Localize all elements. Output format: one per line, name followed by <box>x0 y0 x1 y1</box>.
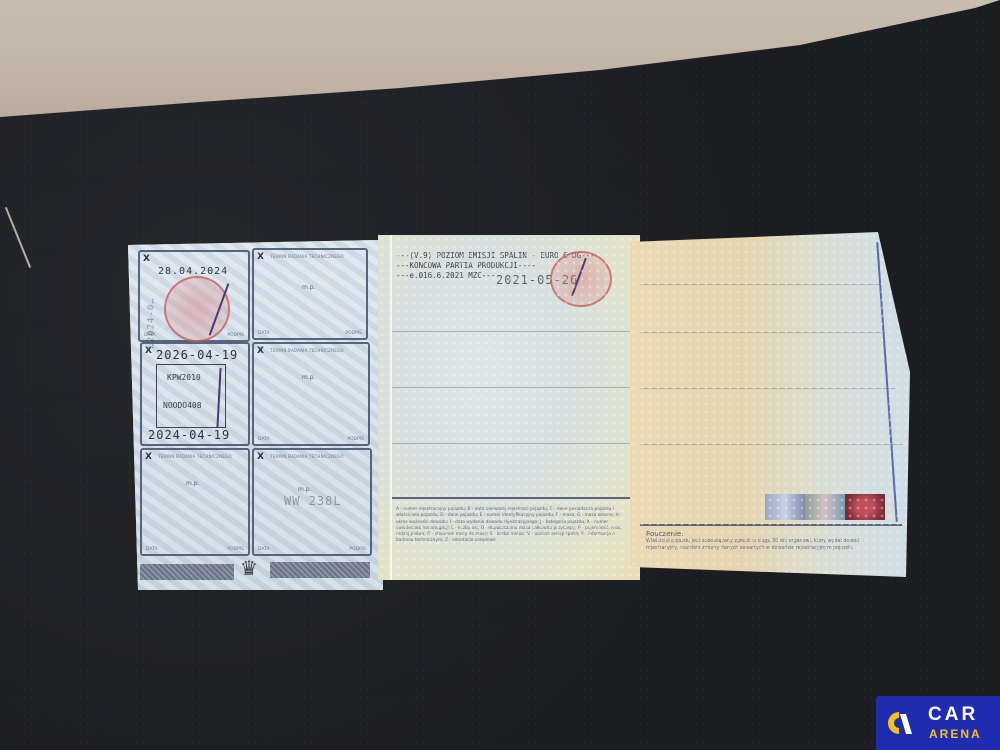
x-marker: X <box>257 452 264 462</box>
signature <box>571 258 587 296</box>
ruled-line <box>392 387 637 388</box>
station-id: NOODO408 <box>163 401 202 410</box>
ruled-line <box>640 284 880 285</box>
ruled-line <box>640 444 902 445</box>
footer-label: PODPIS <box>347 437 364 442</box>
fold-line <box>390 235 392 580</box>
x-marker: X <box>145 346 152 356</box>
mp-label: m.p. <box>302 284 315 291</box>
next-inspection-date: 2026-04-19 <box>156 348 238 362</box>
station-code: KPW2010 <box>167 373 201 382</box>
inspection-performed-date: 2024-04-19 <box>148 428 230 442</box>
ruled-line <box>392 443 637 444</box>
eagle-emblem-icon: ♛ <box>240 556 258 580</box>
footer-label: DATA <box>258 547 270 552</box>
ruled-line <box>640 388 895 389</box>
registration-stamp-date: 2021-05-26 <box>496 273 578 287</box>
x-marker: X <box>257 252 264 262</box>
typed-line-emission: ---(V.9) POZIOM EMISJI SPALIN - EURO 6 D… <box>396 251 599 260</box>
ruled-line <box>392 497 637 499</box>
hologram-segment-2 <box>805 494 845 520</box>
box-header: TERMIN BADANIA TECHNICZNEGO <box>158 454 232 459</box>
car-arena-logo: CAR ARENA <box>876 696 1000 750</box>
car-arena-logo-icon <box>886 710 912 736</box>
side-stamp: …2024-0… <box>147 297 157 348</box>
x-marker: X <box>143 254 150 264</box>
photo-scene: X 28.04.2024 DATA PODPIS …2024-0… X TERM… <box>0 0 1000 750</box>
right-page: Pouczenie: Właściciel pojazdu jest zobow… <box>630 232 910 577</box>
ruled-line <box>392 331 637 332</box>
ruled-line <box>640 332 885 333</box>
inspection-box-5: X TERMIN BADANIA TECHNICZNEGO m.p. DATA … <box>140 448 250 556</box>
mp-label: m.p. <box>298 486 311 493</box>
box-header: TERMIN BADANIA TECHNICZNEGO <box>270 454 344 459</box>
x-marker: X <box>145 452 152 462</box>
notice-title: Pouczenie: <box>646 530 684 538</box>
inspection-box-4: X TERMIN BADANIA TECHNICZNEGO m.p. DATA … <box>252 342 370 446</box>
page-border <box>876 242 898 521</box>
inspection-station-stamp: KPW2010 NOODO408 <box>156 364 226 428</box>
footer-label: PODPIS <box>349 547 366 552</box>
box-header: TERMIN BADANIA TECHNICZNEGO <box>270 348 344 353</box>
inspection-box-2: X TERMIN BADANIA TECHNICZNEGO m.p. DATA … <box>252 248 368 340</box>
left-page: X 28.04.2024 DATA PODPIS …2024-0… X TERM… <box>128 240 383 590</box>
typed-line-production: ---KONCOWA PARTIA PRODUKCJI---- <box>396 261 536 270</box>
security-band-left <box>140 564 234 580</box>
footer-label: DATA <box>258 437 270 442</box>
typed-line-approval: ---e.016.6.2021 MZC--- <box>396 271 495 280</box>
security-band-right <box>270 562 370 578</box>
footer-label: PODPIS <box>345 331 362 336</box>
hologram-segment-3 <box>845 494 885 520</box>
footer-label: DATA <box>146 547 158 552</box>
vehicle-registration-certificate: X 28.04.2024 DATA PODPIS …2024-0… X TERM… <box>120 232 910 600</box>
faded-stamp-text: WW 238L <box>284 494 342 508</box>
mp-label: m.p. <box>302 374 315 381</box>
ruled-line <box>640 524 902 526</box>
logo-text-car: CAR <box>928 704 978 726</box>
hologram-segment-1 <box>765 494 805 520</box>
middle-page: ---(V.9) POZIOM EMISJI SPALIN - EURO 6 D… <box>378 235 640 580</box>
official-round-stamp <box>550 251 612 307</box>
inspection-box-3: X 2026-04-19 KPW2010 NOODO408 2024-04-19 <box>140 342 250 446</box>
box-header: TERMIN BADANIA TECHNICZNEGO <box>270 254 344 259</box>
logo-text-arena: ARENA <box>929 727 982 741</box>
footer-label: PODPIS <box>227 333 244 338</box>
footer-label: DATA <box>258 331 270 336</box>
field-legend-text: A - numer rejestracyjny pojazdu; B - dat… <box>396 507 631 545</box>
notice-text: Właściciel pojazdu jest zobowiązany zgło… <box>646 539 871 552</box>
x-marker: X <box>257 346 264 356</box>
mp-label: m.p. <box>186 480 199 487</box>
inspection-box-6: X TERMIN BADANIA TECHNICZNEGO m.p. WW 23… <box>252 448 372 556</box>
footer-label: PODPIS <box>227 547 244 552</box>
